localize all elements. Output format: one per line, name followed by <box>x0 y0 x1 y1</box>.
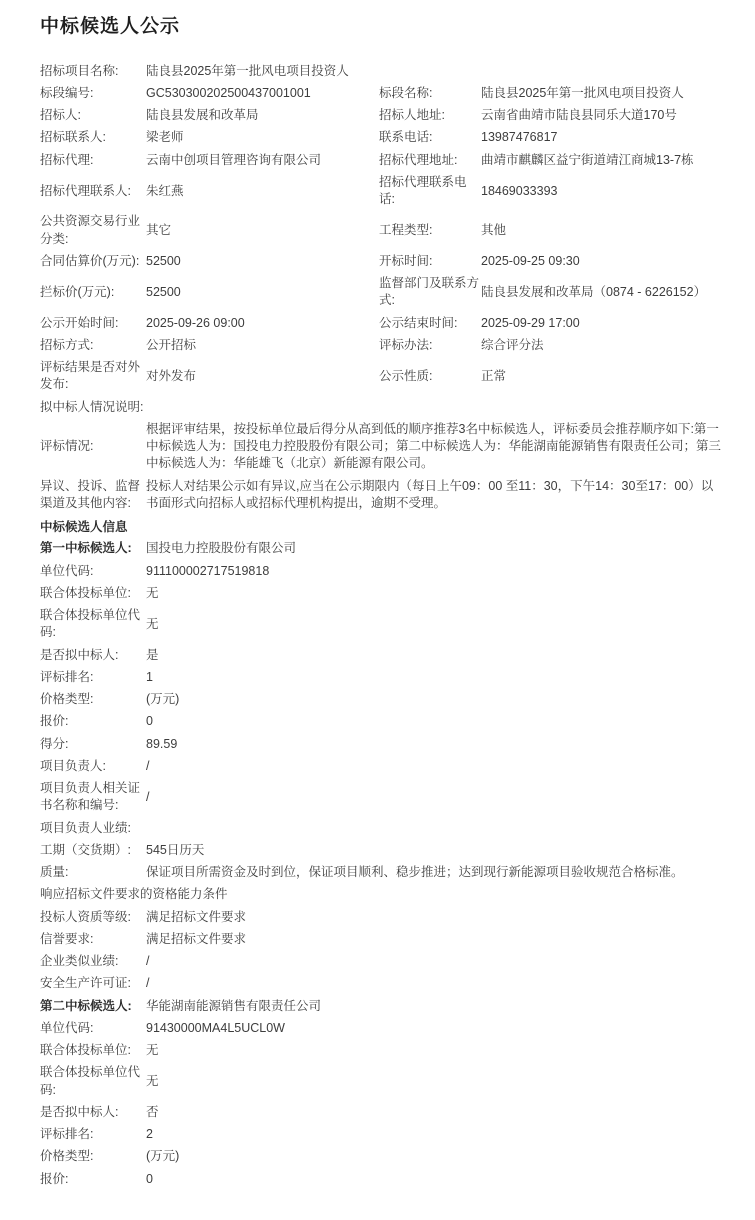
form-row: 报价:0 <box>40 711 731 733</box>
field-value: 无 <box>146 585 379 602</box>
field-label: 工期（交货期）: <box>40 842 146 859</box>
field-value: 保证项目所需资金及时到位，保证项目顺利、稳步推进；达到现行新能源项目验收规范合格… <box>146 864 731 881</box>
field-label: 价格类型: <box>40 691 146 708</box>
form-row: 合同估算价(万元):52500开标时间:2025-09-25 09:30 <box>40 250 731 272</box>
form-row: 评标情况:根据评审结果，按投标单位最后得分从高到低的顺序推荐3名中标候选人，评标… <box>40 418 731 475</box>
field-label: 开标时间: <box>379 253 481 270</box>
field-label: 招标方式: <box>40 337 146 354</box>
form-row: 异议、投诉、监督渠道及其他内容:投标人对结果公示如有异议,应当在公示期限内（每日… <box>40 475 731 515</box>
field-value: 满足招标文件要求 <box>146 909 379 926</box>
announcement-page: 中标候选人公示 招标项目名称:陆良县2025年第一批风电项目投资人标段编号:GC… <box>0 0 755 1220</box>
field-label: 招标代理: <box>40 152 146 169</box>
field-label: 质量: <box>40 864 146 881</box>
field-label: 评标排名: <box>40 1126 146 1143</box>
field-value: 对外发布 <box>146 368 379 385</box>
section-heading: 中标候选人信息 <box>40 519 731 536</box>
field-value: 52500 <box>146 253 379 270</box>
form-row: 标段编号:GC530300202500437001001标段名称:陆良县2025… <box>40 82 731 104</box>
field-value: 其它 <box>146 222 379 239</box>
field-label: 联系电话: <box>379 129 481 146</box>
field-value <box>146 401 731 414</box>
form-row: 企业类似业绩:/ <box>40 951 731 973</box>
field-label: 招标联系人: <box>40 129 146 146</box>
field-value: 52500 <box>146 284 379 301</box>
field-value <box>146 822 379 835</box>
field-value: 无 <box>146 1073 379 1090</box>
field-label: 响应招标文件要求的资格能力条件 <box>40 886 731 903</box>
field-label: 单位代码: <box>40 563 146 580</box>
field-label: 安全生产许可证: <box>40 975 146 992</box>
field-label: 合同估算价(万元): <box>40 253 146 270</box>
form-row: 质量:保证项目所需资金及时到位，保证项目顺利、稳步推进；达到现行新能源项目验收规… <box>40 862 731 884</box>
form-row: 第一中标候选人:国投电力控股股份有限公司 <box>40 538 731 560</box>
field-label: 联合体投标单位: <box>40 585 146 602</box>
form-row: 单位代码:91430000MA4L5UCL0W <box>40 1017 731 1039</box>
field-value: 正常 <box>481 368 731 385</box>
field-label: 单位代码: <box>40 1020 146 1037</box>
form-row: 价格类型:(万元) <box>40 689 731 711</box>
field-value: 91430000MA4L5UCL0W <box>146 1020 379 1037</box>
form-row: 公示开始时间:2025-09-26 09:00公示结束时间:2025-09-29… <box>40 312 731 334</box>
field-label: 招标代理地址: <box>379 152 481 169</box>
form-row: 是否拟中标人:否 <box>40 1101 731 1123</box>
field-value: 曲靖市麒麟区益宁街道靖江商城13-7栋 <box>481 152 731 169</box>
form-row: 得分:89.59 <box>40 733 731 755</box>
field-label: 招标代理联系人: <box>40 183 146 200</box>
field-value: 满足招标文件要求 <box>146 931 379 948</box>
field-label: 评标结果是否对外发布: <box>40 359 146 394</box>
field-label: 招标代理联系电话: <box>379 174 481 209</box>
field-value: 2 <box>146 1126 379 1143</box>
field-label: 投标人资质等级: <box>40 909 146 926</box>
field-label: 招标人: <box>40 107 146 124</box>
form-row: 拟中标人情况说明: <box>40 396 731 418</box>
page-title: 中标候选人公示 <box>40 14 731 40</box>
field-value: 0 <box>146 713 379 730</box>
field-label: 公示开始时间: <box>40 315 146 332</box>
field-label: 第二中标候选人: <box>40 998 146 1015</box>
form-row: 联合体投标单位代码:无 <box>40 605 731 645</box>
form-row: 项目负责人:/ <box>40 755 731 777</box>
field-label: 公示性质: <box>379 368 481 385</box>
field-value: 无 <box>146 1042 379 1059</box>
field-value: 陆良县2025年第一批风电项目投资人 <box>481 85 731 102</box>
form-row: 项目负责人相关证书名称和编号:/ <box>40 778 731 818</box>
form-row: 招标代理:云南中创项目管理咨询有限公司招标代理地址:曲靖市麒麟区益宁街道靖江商城… <box>40 149 731 171</box>
form-row: 价格类型:(万元) <box>40 1146 731 1168</box>
form-row: 联合体投标单位:无 <box>40 582 731 604</box>
field-value: / <box>146 789 379 806</box>
form-row: 安全生产许可证:/ <box>40 973 731 995</box>
field-value: 13987476817 <box>481 129 731 146</box>
field-value: 云南中创项目管理咨询有限公司 <box>146 152 379 169</box>
form-row: 评标排名:2 <box>40 1124 731 1146</box>
form-row: 第二中标候选人:华能湖南能源销售有限责任公司 <box>40 995 731 1017</box>
field-value: 陆良县2025年第一批风电项目投资人 <box>146 63 379 80</box>
field-label: 监督部门及联系方式: <box>379 275 481 310</box>
form-body: 招标项目名称:陆良县2025年第一批风电项目投资人标段编号:GC53030020… <box>40 60 731 1190</box>
field-value: 2025-09-26 09:00 <box>146 315 379 332</box>
form-row: 信誉要求:满足招标文件要求 <box>40 928 731 950</box>
field-value: 梁老师 <box>146 129 379 146</box>
field-label: 公示结束时间: <box>379 315 481 332</box>
field-label: 项目负责人: <box>40 758 146 775</box>
field-value: 云南省曲靖市陆良县同乐大道170号 <box>481 107 731 124</box>
field-label: 招标人地址: <box>379 107 481 124</box>
field-label: 评标办法: <box>379 337 481 354</box>
field-value: 综合评分法 <box>481 337 731 354</box>
field-label: 项目负责人相关证书名称和编号: <box>40 780 146 815</box>
field-label: 报价: <box>40 1171 146 1188</box>
field-label: 企业类似业绩: <box>40 953 146 970</box>
field-value: 陆良县发展和改革局 <box>146 107 379 124</box>
field-value: 89.59 <box>146 736 379 753</box>
field-value: 911100002717519818 <box>146 563 379 580</box>
field-value: 无 <box>146 616 379 633</box>
form-row: 拦标价(万元):52500监督部门及联系方式:陆良县发展和改革局（0874 - … <box>40 273 731 313</box>
field-value: / <box>146 975 379 992</box>
field-label: 公共资源交易行业分类: <box>40 213 146 248</box>
field-value: 投标人对结果公示如有异议,应当在公示期限内（每日上午09：00 至11：30，下… <box>146 478 731 513</box>
form-row: 评标排名:1 <box>40 666 731 688</box>
form-row: 项目负责人业绩: <box>40 817 731 839</box>
field-value: 公开招标 <box>146 337 379 354</box>
field-value: 2025-09-29 17:00 <box>481 315 731 332</box>
field-value: 陆良县发展和改革局（0874 - 6226152） <box>481 284 731 301</box>
form-row: 公共资源交易行业分类:其它工程类型:其他 <box>40 211 731 251</box>
field-label: 标段编号: <box>40 85 146 102</box>
field-value: 是 <box>146 647 379 664</box>
form-row: 招标人:陆良县发展和改革局招标人地址:云南省曲靖市陆良县同乐大道170号 <box>40 105 731 127</box>
field-value: 0 <box>146 1171 379 1188</box>
field-value: 华能湖南能源销售有限责任公司 <box>146 998 379 1015</box>
field-label: 招标项目名称: <box>40 63 146 80</box>
field-label: 信誉要求: <box>40 931 146 948</box>
field-label: 拟中标人情况说明: <box>40 399 146 416</box>
field-label: 拦标价(万元): <box>40 284 146 301</box>
field-value: / <box>146 953 379 970</box>
field-value: / <box>146 758 379 775</box>
field-value: 根据评审结果，按投标单位最后得分从高到低的顺序推荐3名中标候选人，评标委员会推荐… <box>146 421 731 473</box>
field-label: 联合体投标单位: <box>40 1042 146 1059</box>
form-row: 招标方式:公开招标评标办法:综合评分法 <box>40 334 731 356</box>
field-value: 18469033393 <box>481 183 731 200</box>
form-row: 招标联系人:梁老师联系电话:13987476817 <box>40 127 731 149</box>
field-label: 异议、投诉、监督渠道及其他内容: <box>40 478 146 513</box>
form-row: 报价:0 <box>40 1168 731 1190</box>
field-label: 第一中标候选人: <box>40 540 146 557</box>
field-label: 价格类型: <box>40 1148 146 1165</box>
field-value: (万元) <box>146 691 379 708</box>
field-value: 否 <box>146 1104 379 1121</box>
form-row: 评标结果是否对外发布:对外发布公示性质:正常 <box>40 357 731 397</box>
section-heading-row: 中标候选人信息 <box>40 515 731 538</box>
field-label: 项目负责人业绩: <box>40 820 146 837</box>
field-value: 其他 <box>481 222 731 239</box>
field-label: 评标情况: <box>40 438 146 455</box>
form-row: 联合体投标单位代码:无 <box>40 1062 731 1102</box>
field-value: 545日历天 <box>146 842 379 859</box>
field-value: 2025-09-25 09:30 <box>481 253 731 270</box>
field-label: 是否拟中标人: <box>40 647 146 664</box>
field-value: 国投电力控股股份有限公司 <box>146 540 379 557</box>
field-label: 联合体投标单位代码: <box>40 1064 146 1099</box>
form-row: 响应招标文件要求的资格能力条件 <box>40 884 731 906</box>
form-row: 投标人资质等级:满足招标文件要求 <box>40 906 731 928</box>
field-label: 报价: <box>40 713 146 730</box>
form-row: 工期（交货期）:545日历天 <box>40 839 731 861</box>
form-row: 联合体投标单位:无 <box>40 1040 731 1062</box>
form-row: 招标代理联系人:朱红燕招标代理联系电话:18469033393 <box>40 171 731 211</box>
field-value: 朱红燕 <box>146 183 379 200</box>
field-label: 是否拟中标人: <box>40 1104 146 1121</box>
form-row: 招标项目名称:陆良县2025年第一批风电项目投资人 <box>40 60 731 82</box>
field-label: 工程类型: <box>379 222 481 239</box>
field-value: (万元) <box>146 1148 379 1165</box>
field-value: 1 <box>146 669 379 686</box>
field-value: GC530300202500437001001 <box>146 85 379 102</box>
field-label: 评标排名: <box>40 669 146 686</box>
field-label: 得分: <box>40 736 146 753</box>
form-row: 是否拟中标人:是 <box>40 644 731 666</box>
field-label: 联合体投标单位代码: <box>40 607 146 642</box>
field-label: 标段名称: <box>379 85 481 102</box>
form-row: 单位代码:911100002717519818 <box>40 560 731 582</box>
